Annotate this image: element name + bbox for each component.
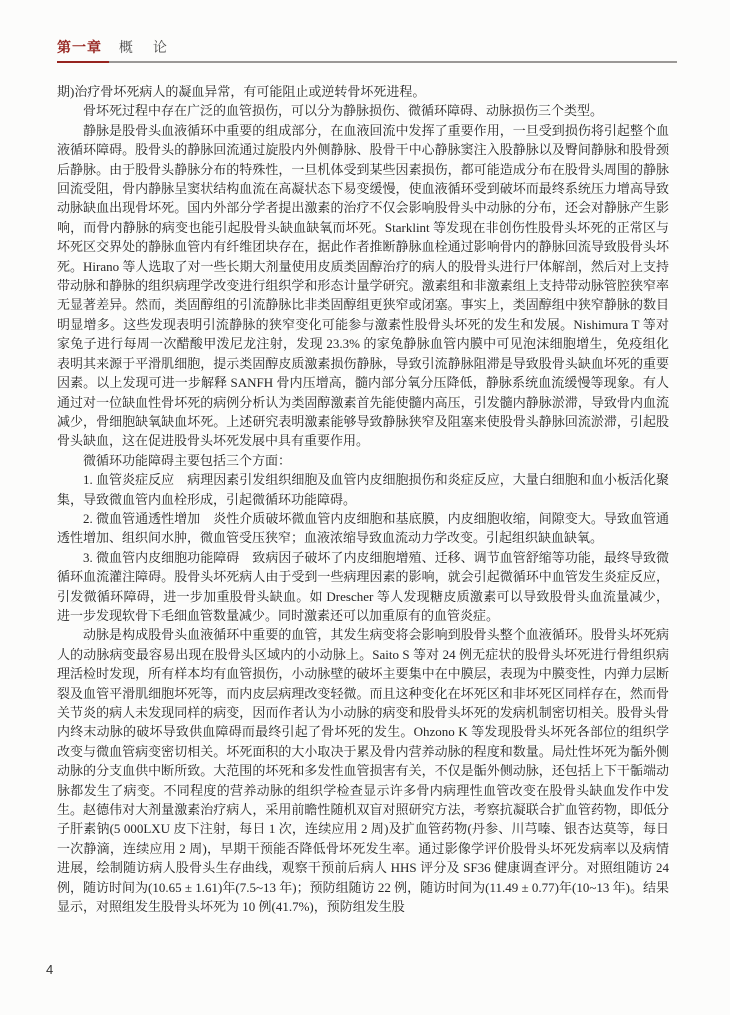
- book-page: 第一章 概 论 期)治疗骨坏死病人的凝血异常，有可能阻止或逆转骨坏死进程。 骨坏…: [0, 0, 730, 1015]
- paragraph-item-3-endothelial: 3. 微血管内皮细胞功能障碍 致病因子破坏了内皮细胞增殖、迁移、调节血管舒缩等功…: [57, 548, 669, 626]
- paragraph-vascular-types: 骨坏死过程中存在广泛的血管损伤，可以分为静脉损伤、微循环障碍、动脉损伤三个类型。: [57, 101, 669, 120]
- paragraph-continuation: 期)治疗骨坏死病人的凝血异常，有可能阻止或逆转骨坏死进程。: [57, 82, 669, 101]
- paragraph-item-2-permeability: 2. 微血管通透性增加 炎性介质破坏微血管内皮细胞和基底膜，内皮细胞收缩，间隙变…: [57, 509, 669, 548]
- body-text: 期)治疗骨坏死病人的凝血异常，有可能阻止或逆转骨坏死进程。 骨坏死过程中存在广泛…: [57, 82, 669, 916]
- paragraph-microcirculation-intro: 微循环功能障碍主要包括三个方面：: [57, 451, 669, 470]
- page-number: 4: [46, 962, 53, 977]
- page-header: 第一章 概 论: [57, 38, 677, 63]
- paragraph-item-1-inflammation: 1. 血管炎症反应 病理因素引发组织细胞及血管内皮细胞损伤和炎症反应，大量白细胞…: [57, 470, 669, 509]
- paragraph-arterial-lesions: 动脉是构成股骨头血液循环中重要的血管，其发生病变将会影响到股骨头整个血液循环。股…: [57, 625, 669, 916]
- chapter-label: 第一章: [57, 39, 102, 55]
- paragraph-venous-injury: 静脉是股骨头血液循环中重要的组成部分，在血液回流中发挥了重要作用，一旦受到损伤将…: [57, 121, 669, 451]
- chapter-title: 概 论: [119, 39, 170, 55]
- running-head: 第一章 概 论: [57, 38, 677, 56]
- header-rule: [57, 61, 677, 63]
- header-rule-accent: [57, 61, 109, 63]
